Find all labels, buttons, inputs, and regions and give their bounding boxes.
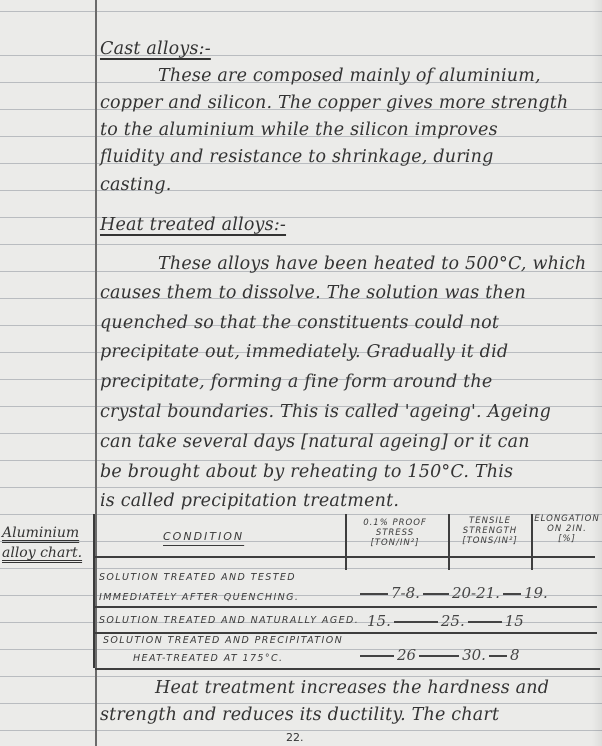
- row2-tensile-strength: 25.: [441, 612, 465, 630]
- text-line: crystal boundaries. This is called 'agei…: [100, 402, 551, 422]
- header-line: ON 2IN.: [533, 524, 601, 534]
- heading-heat-treated-alloys: Heat treated alloys:-: [100, 215, 286, 235]
- text-line: copper and silicon. The copper gives mor…: [100, 93, 568, 113]
- header-condition: CONDITION: [163, 530, 244, 543]
- side-label-alloy-chart: alloy chart.: [2, 545, 82, 561]
- row1-values: 7-8.20-21.19.: [357, 584, 548, 602]
- text-line: Heat treatment increases the hardness an…: [155, 678, 549, 698]
- row2-elongation: 15: [505, 612, 524, 630]
- text-line: fluidity and resistance to shrinkage, du…: [100, 147, 493, 167]
- text-line: to the aluminium while the silicon impro…: [100, 120, 498, 140]
- header-line: ELONGATION: [533, 514, 601, 524]
- text-line: is called precipitation treatment.: [100, 491, 399, 511]
- text-line: quenched so that the constituents could …: [100, 313, 499, 333]
- header-line: 0.1% PROOF: [345, 518, 445, 528]
- table-bottom: [95, 668, 600, 670]
- text-line: These alloys have been heated to 500°C, …: [158, 254, 586, 274]
- text-line: casting.: [100, 175, 171, 195]
- row3-proof-stress: 26: [397, 646, 416, 664]
- row1-elongation: 19.: [524, 584, 548, 602]
- row3-condition-line1: SOLUTION TREATED AND PRECIPITATION: [103, 635, 343, 646]
- header-proof-stress: 0.1% PROOF STRESS [TON/IN²]: [345, 518, 445, 548]
- alloy-chart-table: CONDITION 0.1% PROOF STRESS [TON/IN²] TE…: [93, 514, 600, 668]
- header-line: TENSILE: [450, 516, 530, 526]
- row3-condition-line2: HEAT-TREATED AT 175°C.: [133, 653, 283, 664]
- text-line: precipitate out, immediately. Gradually …: [100, 342, 508, 362]
- row2-proof-stress: 15.: [367, 612, 391, 630]
- row3-elongation: 8: [510, 646, 520, 664]
- row1-condition-line1: SOLUTION TREATED AND TESTED: [99, 572, 296, 583]
- text-line: be brought about by reheating to 150°C. …: [100, 462, 513, 482]
- header-line: [%]: [533, 534, 601, 544]
- row1-condition-line2: IMMEDIATELY AFTER QUENCHING.: [99, 592, 299, 603]
- header-tensile-strength: TENSILE STRENGTH [TONS/IN²]: [450, 516, 530, 546]
- row-divider: [95, 606, 597, 608]
- text-line: can take several days [natural ageing] o…: [100, 432, 530, 452]
- header-line: [TON/IN²]: [345, 538, 445, 548]
- header-line: STRESS: [345, 528, 445, 538]
- row1-proof-stress: 7-8.: [391, 584, 420, 602]
- text-line: strength and reduces its ductility. The …: [100, 705, 499, 725]
- notebook-page: Cast alloys:- These are composed mainly …: [0, 0, 602, 746]
- row1-tensile-strength: 20-21.: [452, 584, 500, 602]
- heading-cast-alloys: Cast alloys:-: [100, 39, 211, 59]
- text-line: These are composed mainly of aluminium,: [158, 66, 541, 86]
- row3-tensile-strength: 30.: [462, 646, 486, 664]
- page-number: 22.: [286, 731, 304, 744]
- header-line: STRENGTH: [450, 526, 530, 536]
- row-divider: [95, 632, 597, 634]
- text-line: precipitate, forming a fine form around …: [100, 372, 492, 392]
- row2-values: 15.25.15: [367, 612, 524, 630]
- text-line: causes them to dissolve. The solution wa…: [100, 283, 526, 303]
- side-label-aluminium: Aluminium: [2, 525, 79, 541]
- row3-values: 2630.8: [357, 646, 520, 664]
- header-elongation: ELONGATION ON 2IN. [%]: [533, 514, 601, 544]
- row2-condition: SOLUTION TREATED AND NATURALLY AGED.: [99, 615, 359, 626]
- header-line: [TONS/IN²]: [450, 536, 530, 546]
